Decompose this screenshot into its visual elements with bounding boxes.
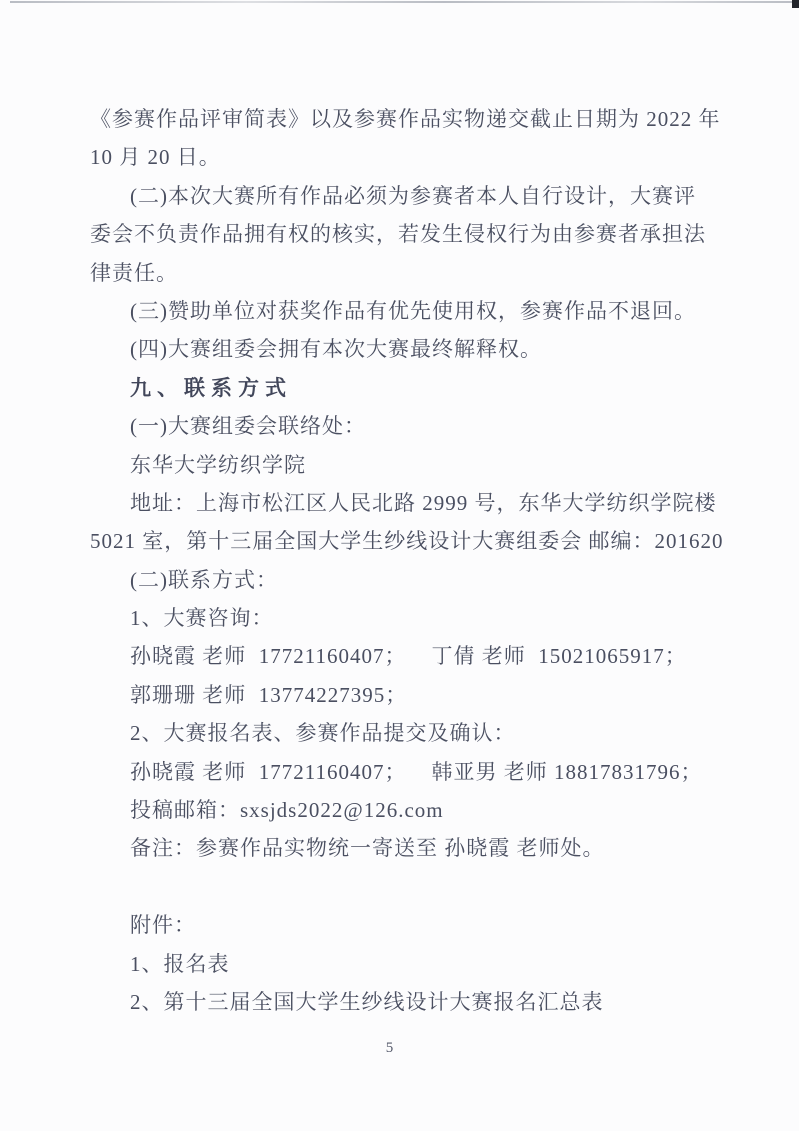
text-line: 10 月 20 日。 — [90, 138, 730, 176]
scan-edge-artifact — [10, 1, 799, 3]
section-heading: 九、联系方式 — [90, 369, 730, 407]
text-line: (二)联系方式： — [90, 561, 730, 599]
text-line: 东华大学纺织学院 — [90, 446, 730, 484]
text-line: 孙晓霞 老师 17721160407； 丁倩 老师 15021065917； — [90, 637, 730, 675]
text-line: 2、大赛报名表、参赛作品提交及确认： — [90, 714, 730, 752]
blank-line — [90, 868, 730, 906]
text-line: (二)本次大赛所有作品必须为参赛者本人自行设计，大赛评 — [90, 177, 730, 215]
document-body: 《参赛作品评审简表》以及参赛作品实物递交截止日期为 2022 年10 月 20 … — [90, 100, 730, 1021]
text-line: (一)大赛组委会联络处： — [90, 407, 730, 445]
text-line: 郭珊珊 老师 13774227395； — [90, 676, 730, 714]
text-line: 附件： — [90, 906, 730, 944]
text-line: 备注：参赛作品实物统一寄送至 孙晓霞 老师处。 — [90, 829, 730, 867]
text-line: (四)大赛组委会拥有本次大赛最终解释权。 — [90, 330, 730, 368]
text-line: (三)赞助单位对获奖作品有优先使用权，参赛作品不退回。 — [90, 292, 730, 330]
text-line: 2、第十三届全国大学生纱线设计大赛报名汇总表 — [90, 983, 730, 1021]
text-line: 投稿邮箱：sxsjds2022@126.com — [90, 791, 730, 829]
text-line: 律责任。 — [90, 254, 730, 292]
document-page: 《参赛作品评审简表》以及参赛作品实物递交截止日期为 2022 年10 月 20 … — [0, 0, 799, 1131]
text-line: 《参赛作品评审简表》以及参赛作品实物递交截止日期为 2022 年 — [90, 100, 730, 138]
text-line: 委会不负责作品拥有权的核实，若发生侵权行为由参赛者承担法 — [90, 215, 730, 253]
text-line: 1、报名表 — [90, 945, 730, 983]
page-number: 5 — [0, 1040, 779, 1057]
text-line: 5021 室，第十三届全国大学生纱线设计大赛组委会 邮编：201620 — [90, 522, 730, 560]
text-line: 1、大赛咨询： — [90, 599, 730, 637]
scan-corner-artifact — [792, 0, 799, 8]
text-line: 地址：上海市松江区人民北路 2999 号，东华大学纺织学院楼 — [90, 484, 730, 522]
text-line: 孙晓霞 老师 17721160407； 韩亚男 老师 18817831796； — [90, 753, 730, 791]
